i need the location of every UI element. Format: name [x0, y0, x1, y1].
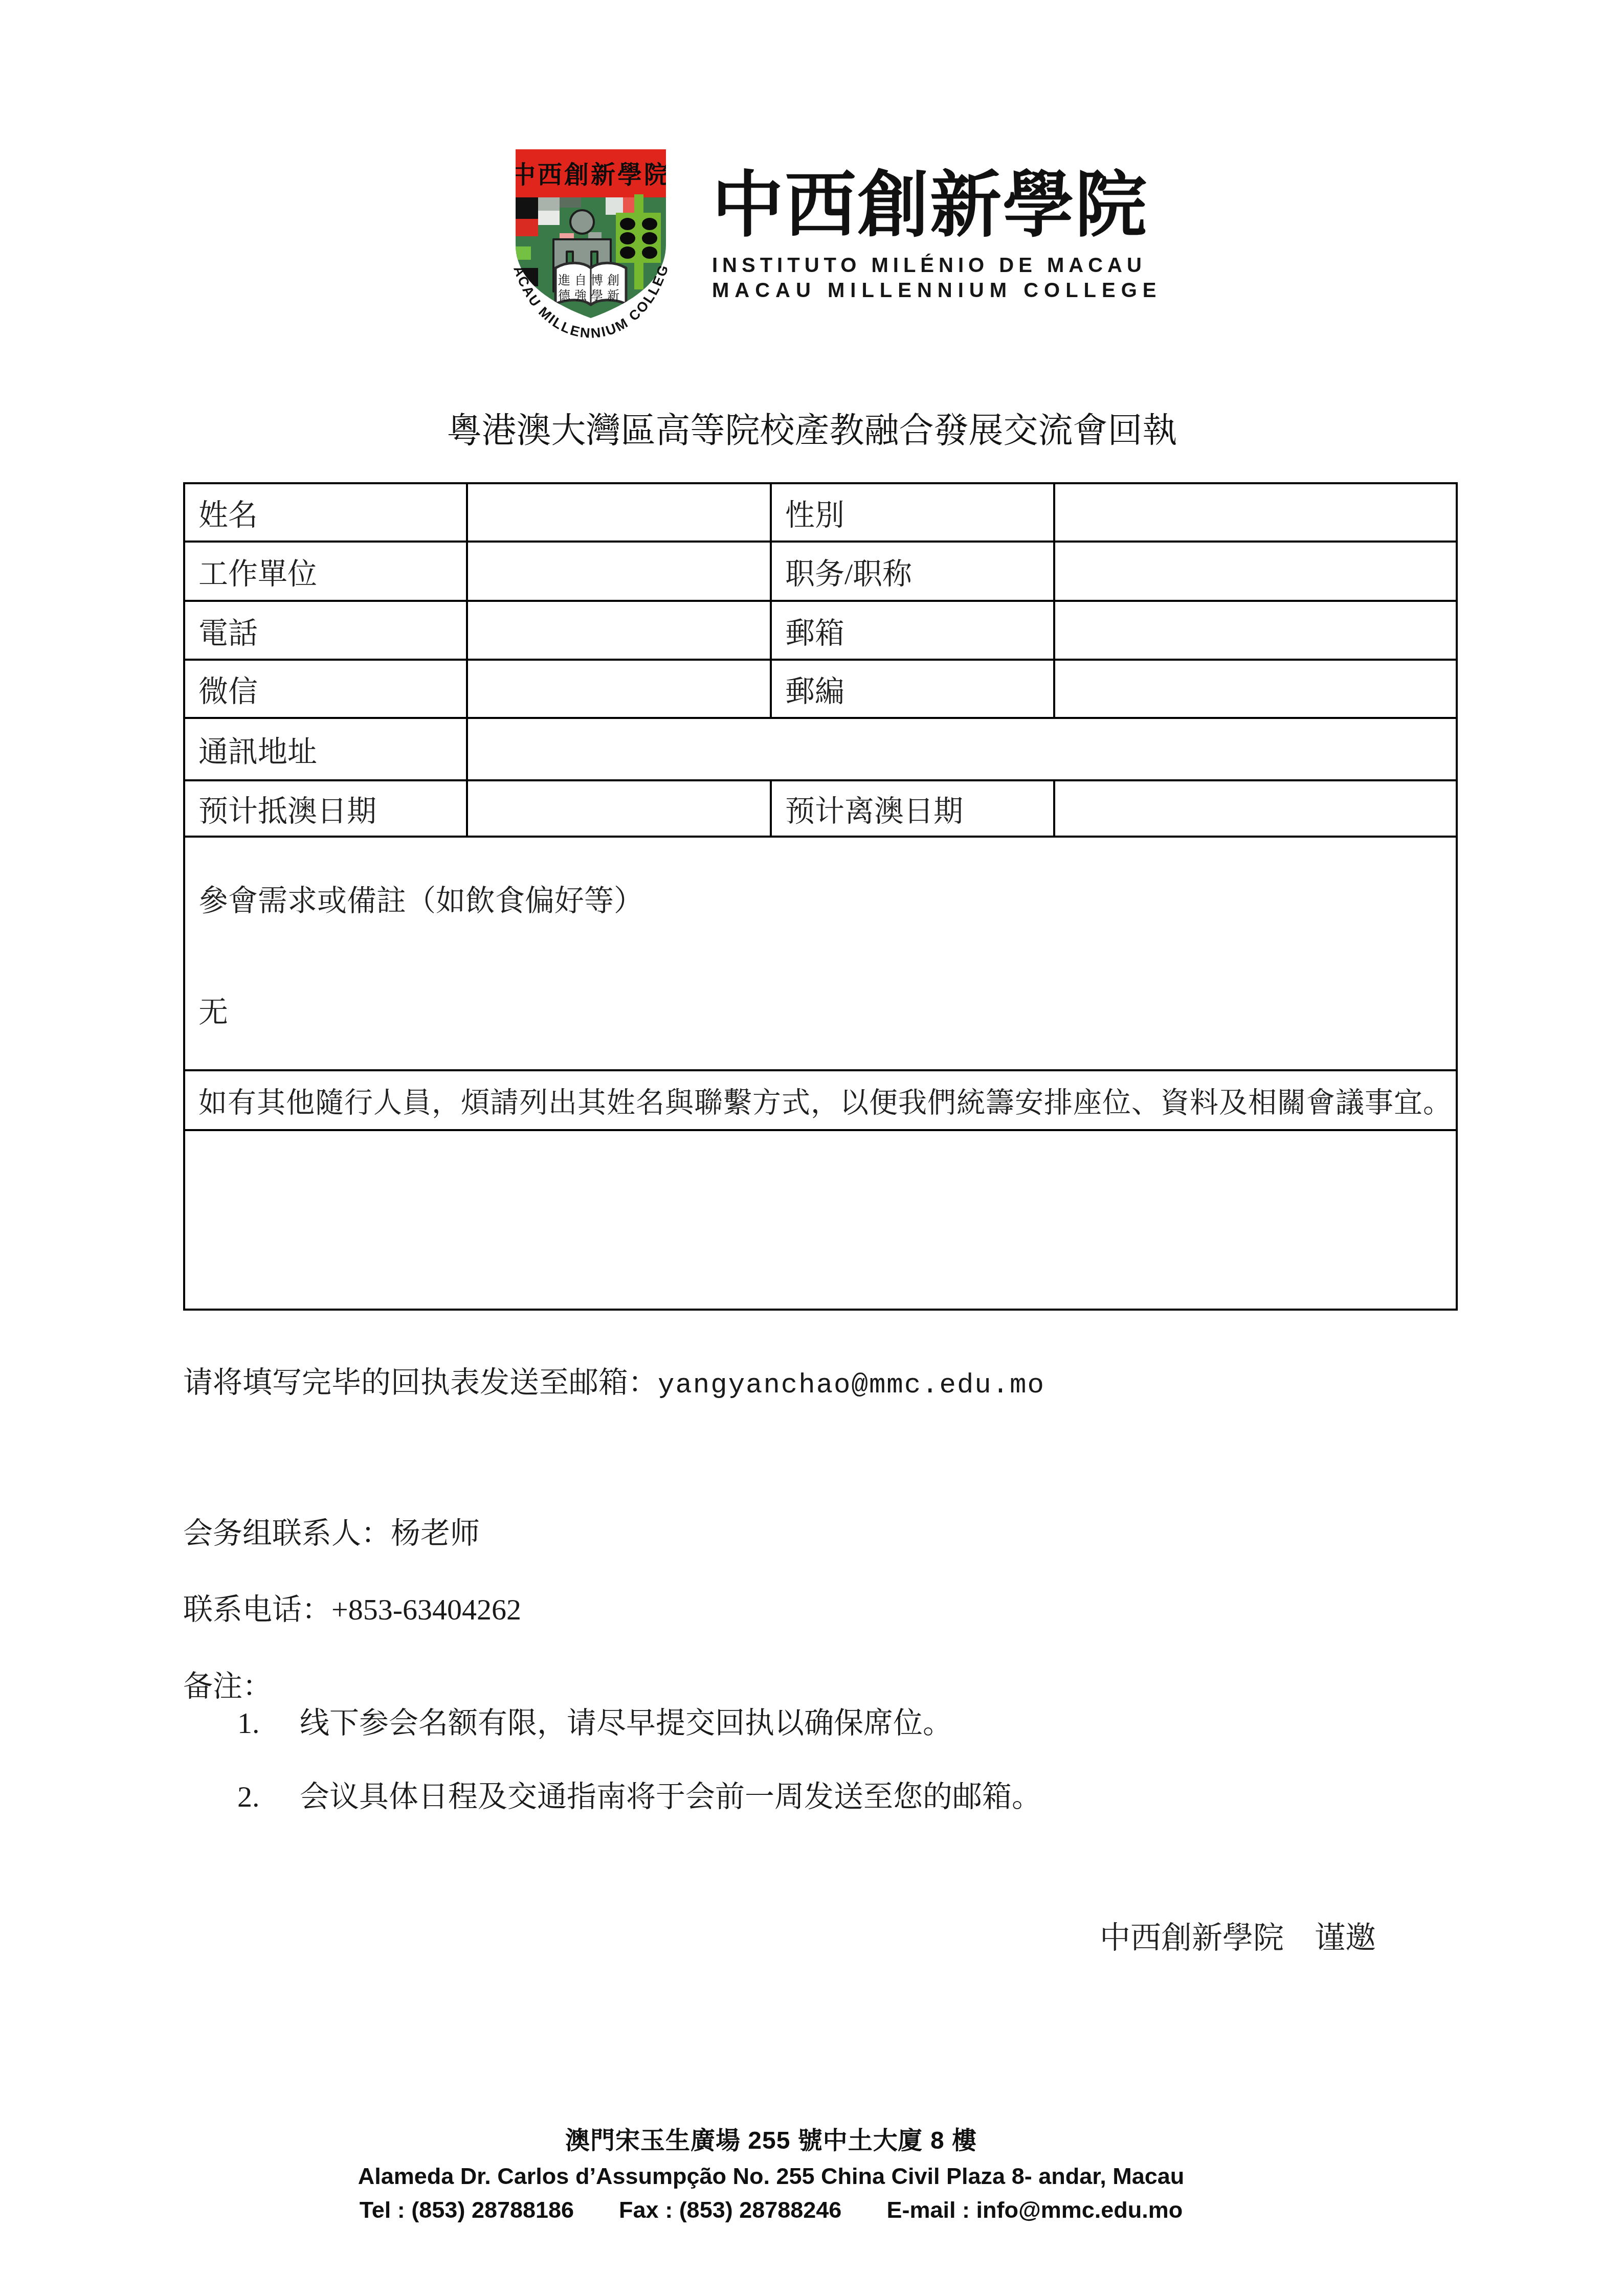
footer-contact-line: Tel : (853) 28788186 Fax : (853) 2878824…: [0, 2197, 1542, 2223]
field-needs-cell[interactable]: 參會需求或備註（如飲食偏好等） 无: [184, 837, 1457, 1070]
page-footer: 澳門宋玉生廣場 255 號中土大廈 8 樓 Alameda Dr. Carlos…: [0, 2126, 1542, 2223]
field-label-address: 通訊地址: [184, 718, 467, 780]
field-value-name[interactable]: [467, 483, 771, 542]
footer-fax: Fax : (853) 28788246: [619, 2197, 841, 2223]
college-wordmark: 中西創新學院 INSTITUTO MILÉNIO DE MACAU MACAU …: [712, 169, 1152, 302]
field-value-address[interactable]: [467, 718, 1457, 780]
footer-address-zh: 澳門宋玉生廣場 255 號中土大廈 8 樓: [0, 2126, 1542, 2156]
page-title: 粵港澳大灣區高等院校產教融合發展交流會回執: [0, 407, 1624, 454]
field-label-postcode: 郵編: [771, 660, 1054, 718]
submit-instruction-text: 请将填写完毕的回执表发送至邮箱：: [183, 1366, 658, 1399]
contact-phone-line: 联系电话：+853-63404262: [183, 1585, 521, 1628]
field-value-needs[interactable]: 无: [198, 988, 1456, 1031]
note-text: 会议具体日程及交通指南将于会前一周发送至您的邮箱。: [300, 1780, 1041, 1813]
companion-entry-cell[interactable]: [184, 1130, 1457, 1310]
field-value-departure-date[interactable]: [1054, 780, 1457, 837]
document-page: 進自博創 德強學新 中西創新學院 MACAU MILLENNIUM COLLEG…: [0, 0, 1624, 2296]
contact-person-line: 会务组联系人：杨老师: [183, 1509, 480, 1552]
note-text: 线下参会名额有限，请尽早提交回执以确保席位。: [300, 1706, 952, 1740]
field-label-arrival-date: 预计抵澳日期: [184, 780, 467, 837]
field-value-position[interactable]: [1054, 542, 1457, 601]
submit-email-address: yangyanchao@mmc.edu.mo: [658, 1370, 1045, 1401]
field-label-email: 郵箱: [771, 601, 1054, 660]
note-item-1: 1.线下参会名额有限，请尽早提交回执以确保席位。: [237, 1699, 952, 1742]
submit-instruction: 请将填写完毕的回执表发送至邮箱：yangyanchao@mmc.edu.mo: [183, 1358, 1045, 1401]
field-value-postcode[interactable]: [1054, 660, 1457, 718]
table-row: 電話 郵箱: [184, 601, 1457, 660]
table-row: 工作單位 职务/职称: [184, 542, 1457, 601]
note-item-2: 2.会议具体日程及交通指南将于会前一周发送至您的邮箱。: [237, 1772, 1041, 1815]
field-label-organization: 工作單位: [184, 542, 467, 601]
field-value-email[interactable]: [1054, 601, 1457, 660]
table-row: 參會需求或備註（如飲食偏好等） 无: [184, 837, 1457, 1070]
field-label-phone: 電話: [184, 601, 467, 660]
field-value-wechat[interactable]: [467, 660, 771, 718]
book-motto-line1: 進自博創: [558, 274, 624, 287]
signature-line: 中西創新學院 谨邀: [1100, 1914, 1376, 1957]
field-value-arrival-date[interactable]: [467, 780, 771, 837]
companion-note: 如有其他隨行人員，煩請列出其姓名與聯繫方式，以便我們統籌安排座位、資料及相關會議…: [184, 1070, 1457, 1130]
college-seal: 進自博創 德強學新 中西創新學院 MACAU MILLENNIUM COLLEG…: [510, 146, 672, 358]
field-label-position: 职务/职称: [771, 542, 1054, 601]
table-row: 预计抵澳日期 预计离澳日期: [184, 780, 1457, 837]
field-value-gender[interactable]: [1054, 483, 1457, 542]
book-emblem: 進自博創 德強學新: [555, 263, 626, 305]
college-seal-graphic: 進自博創 德強學新 中西創新學院 MACAU MILLENNIUM COLLEG…: [510, 146, 672, 358]
footer-email: E-mail : info@mmc.edu.mo: [886, 2197, 1183, 2223]
field-label-needs: 參會需求或備註（如飲食偏好等）: [198, 876, 1456, 919]
field-label-departure-date: 预计离澳日期: [771, 780, 1054, 837]
field-value-phone[interactable]: [467, 601, 771, 660]
note-number: 2.: [237, 1780, 300, 1814]
field-label-name: 姓名: [184, 483, 467, 542]
wordmark-english: MACAU MILLENNIUM COLLEGE: [712, 279, 1152, 302]
table-row: 如有其他隨行人員，煩請列出其姓名與聯繫方式，以便我們統籌安排座位、資料及相關會議…: [184, 1070, 1457, 1130]
table-row: 通訊地址: [184, 718, 1457, 780]
reply-form-table: 姓名 性別 工作單位 职务/职称 電話 郵箱 微信 郵編: [183, 482, 1458, 1311]
footer-address-en: Alameda Dr. Carlos d’Assumpção No. 255 C…: [0, 2163, 1542, 2190]
note-number: 1.: [237, 1706, 300, 1740]
wordmark-portuguese: INSTITUTO MILÉNIO DE MACAU: [712, 254, 1152, 277]
wordmark-chinese: 中西創新學院: [712, 169, 1152, 243]
seal-banner-text: 中西創新學院: [511, 162, 671, 189]
field-label-gender: 性別: [771, 483, 1054, 542]
field-label-wechat: 微信: [184, 660, 467, 718]
book-motto-line2: 德強學新: [558, 289, 624, 303]
table-row: [184, 1130, 1457, 1310]
table-row: 微信 郵編: [184, 660, 1457, 718]
table-row: 姓名 性別: [184, 483, 1457, 542]
field-value-organization[interactable]: [467, 542, 771, 601]
footer-tel: Tel : (853) 28788186: [360, 2197, 574, 2223]
